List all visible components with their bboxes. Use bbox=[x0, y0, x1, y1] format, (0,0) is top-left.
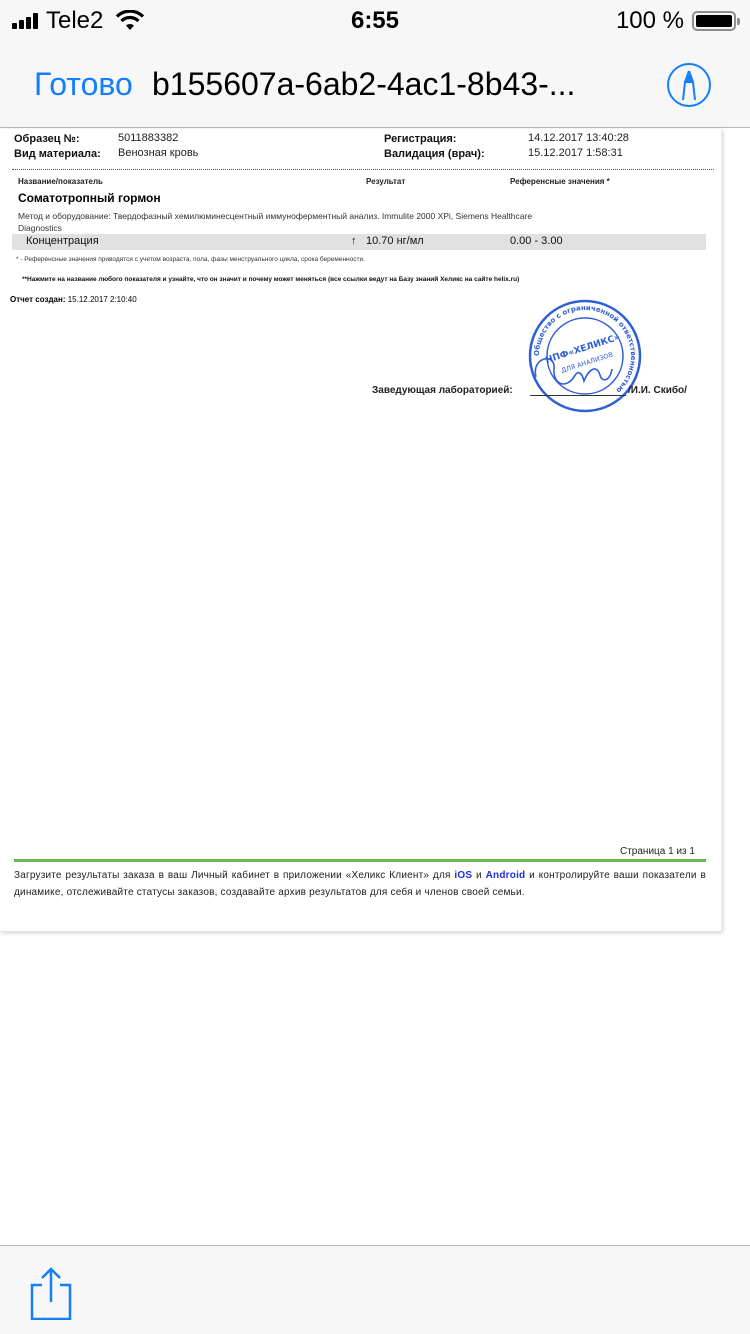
method-line-1: Метод и оборудование: Твердофазный хемил… bbox=[18, 211, 532, 221]
status-bar: Tele2 6:55 100 % bbox=[0, 0, 750, 40]
method-line-2: Diagnostics bbox=[18, 223, 62, 233]
result-row bbox=[12, 234, 706, 250]
registration-value: 14.12.2017 13:40:28 bbox=[528, 132, 629, 144]
page-number: Страница 1 из 1 bbox=[620, 846, 695, 857]
column-header-reference: Референсные значения * bbox=[510, 177, 610, 186]
document-viewer[interactable]: Образец №: 5011883382 Вид материала: Вен… bbox=[0, 129, 750, 1245]
green-divider bbox=[14, 859, 706, 862]
bottom-toolbar bbox=[0, 1245, 750, 1334]
registration-label: Регистрация: bbox=[384, 133, 456, 145]
promo-text: Загрузите результаты заказа в ваш Личный… bbox=[14, 867, 706, 901]
created-value: 15.12.2017 2:10:40 bbox=[68, 295, 137, 304]
share-icon[interactable] bbox=[30, 1266, 72, 1320]
markup-pen-icon[interactable] bbox=[666, 62, 712, 108]
reference-range: 0.00 - 3.00 bbox=[510, 235, 563, 247]
material-label: Вид материала: bbox=[14, 148, 101, 160]
head-of-lab-label: Заведующая лабораторией: bbox=[372, 385, 513, 396]
signature-line bbox=[530, 395, 626, 396]
parameter-name-link[interactable]: Концентрация bbox=[26, 235, 99, 247]
ios-link[interactable]: iOS bbox=[454, 870, 472, 881]
validation-label: Валидация (врач): bbox=[384, 148, 485, 160]
reference-footnote: * - Референсные значения приводятся с уч… bbox=[16, 256, 365, 263]
done-button[interactable]: Готово bbox=[34, 66, 133, 103]
navigation-bar: Готово b155607a-6ab2-4ac1-8b43-... bbox=[0, 40, 750, 128]
material-value: Венозная кровь bbox=[118, 147, 198, 159]
knowledge-base-note: **Нажмите на название любого показателя … bbox=[22, 276, 519, 283]
result-value: 10.70 нг/мл bbox=[366, 235, 424, 247]
high-flag-arrow-icon: ↑ bbox=[351, 235, 357, 247]
column-header-name: Название/показатель bbox=[18, 177, 103, 186]
validation-value: 15.12.2017 1:58:31 bbox=[528, 147, 623, 159]
status-right: 100 % bbox=[616, 6, 736, 36]
test-name-link[interactable]: Соматотропный гормон bbox=[18, 191, 161, 205]
battery-icon bbox=[692, 11, 736, 31]
lab-stamp-icon: Общество с ограниченной ответственностью… bbox=[526, 297, 644, 415]
sample-label: Образец №: bbox=[14, 133, 80, 145]
sample-value: 5011883382 bbox=[118, 132, 178, 144]
column-header-result: Результат bbox=[366, 177, 405, 186]
pdf-page: Образец №: 5011883382 Вид материала: Вен… bbox=[0, 129, 722, 932]
dotted-separator bbox=[12, 169, 714, 170]
battery-percent: 100 % bbox=[616, 7, 684, 35]
report-created: Отчет создан: 15.12.2017 2:10:40 bbox=[10, 295, 137, 304]
head-of-lab-name: /И.И. Скибо/ bbox=[628, 385, 687, 396]
document-title: b155607a-6ab2-4ac1-8b43-... bbox=[152, 66, 575, 103]
created-label: Отчет создан: bbox=[10, 295, 66, 304]
android-link[interactable]: Android bbox=[486, 870, 526, 881]
